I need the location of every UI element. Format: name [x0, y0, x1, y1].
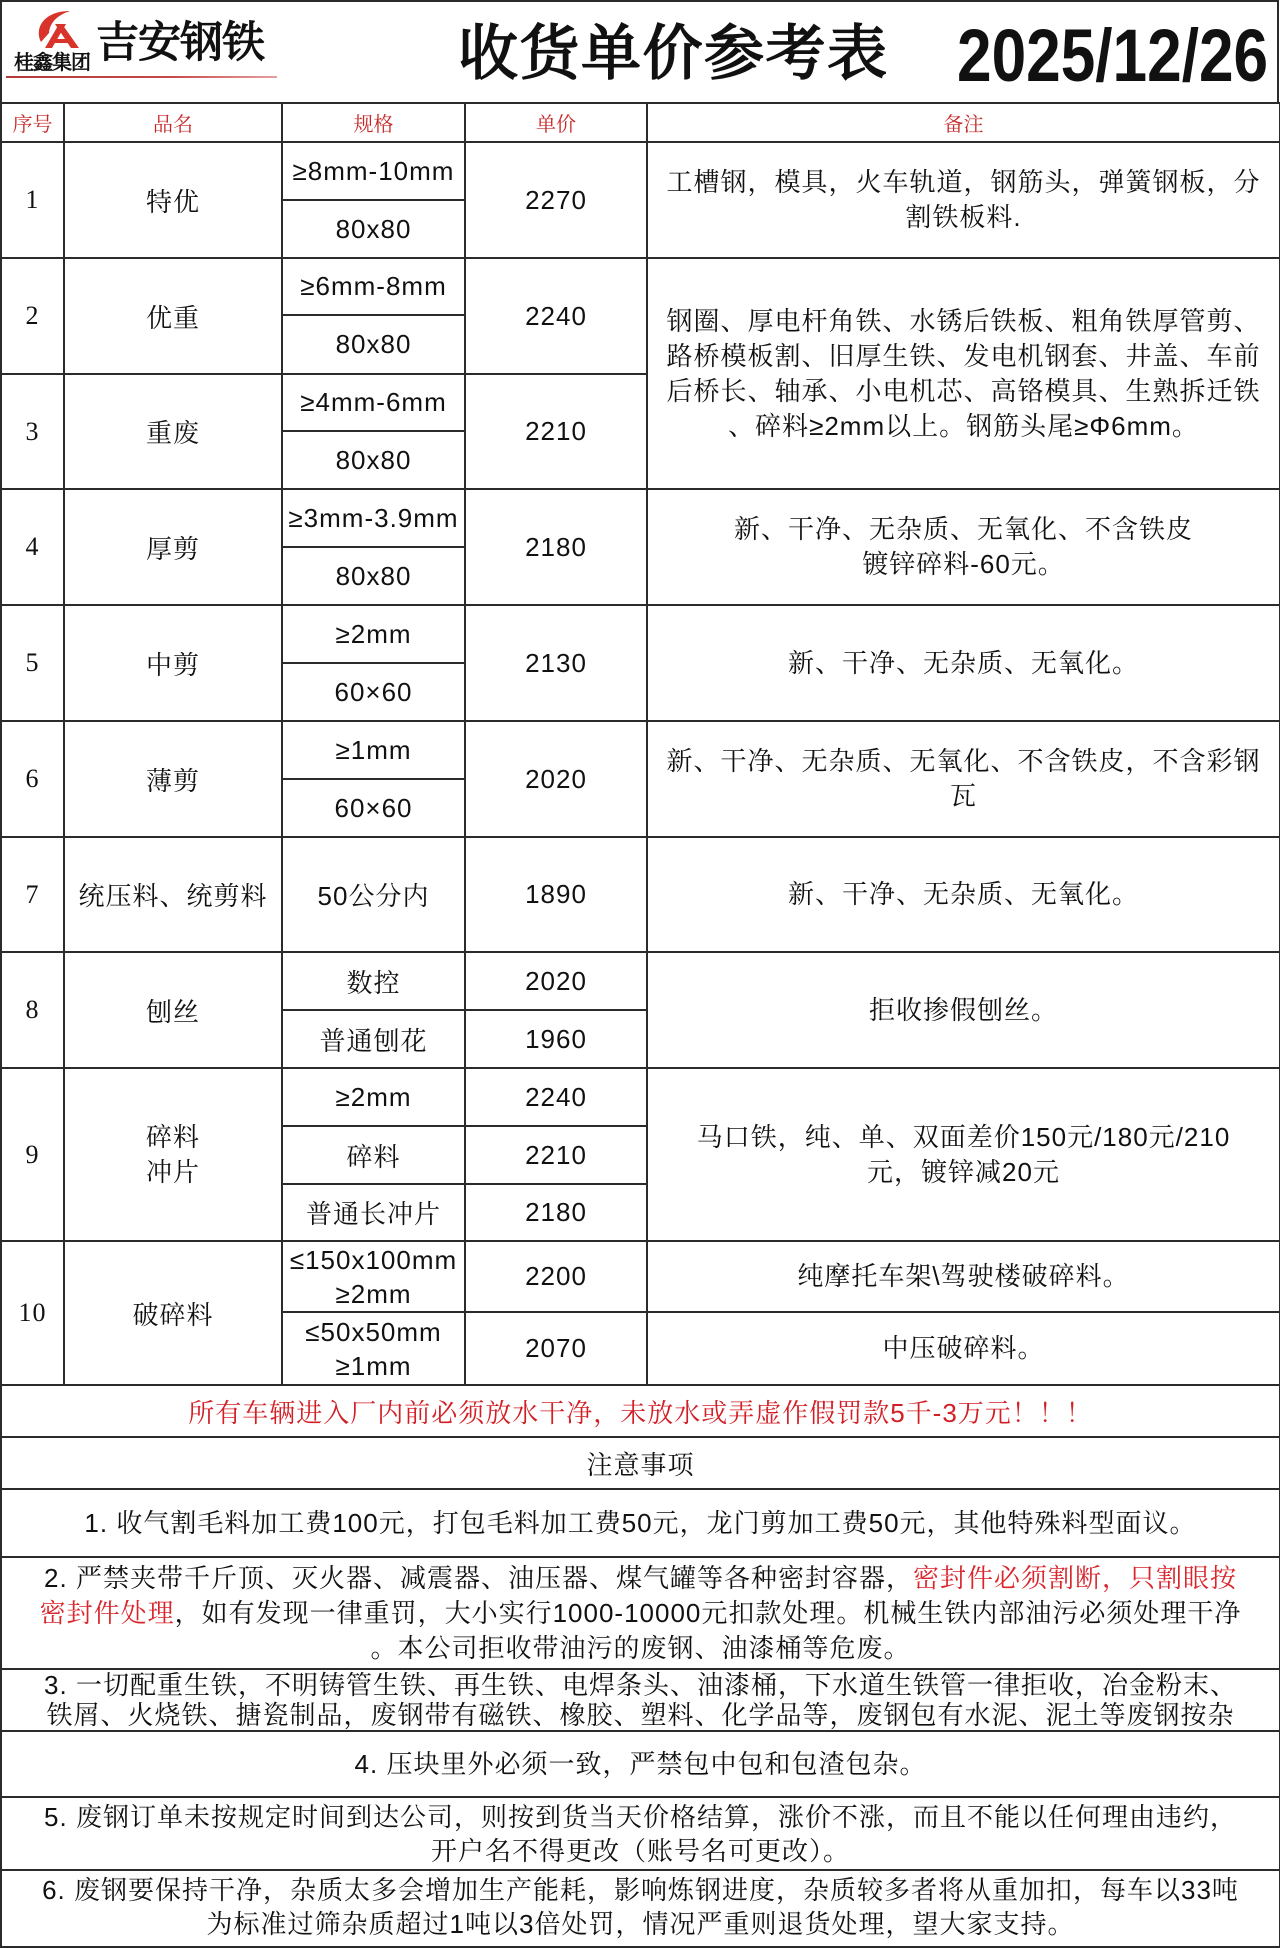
row-no: 6	[1, 721, 64, 837]
unit-price: 2180	[465, 489, 647, 605]
spec: ≥3mm-3.9mm	[282, 489, 465, 547]
note-text: 4. 压块里外必须一致，严禁包中包和包渣包杂。	[355, 1749, 927, 1779]
row-no: 2	[1, 258, 64, 374]
note-text: 6. 废钢要保持干净，杂质太多会增加生产能耗，影响炼钢进度，杂质较多者将从重加扣…	[42, 1875, 1239, 1905]
spec: 数控	[282, 952, 465, 1010]
remark-line: 新、干净、无杂质、无氧化、不含铁皮	[648, 512, 1279, 547]
remark: 拒收掺假刨丝。	[647, 952, 1280, 1068]
remark-line: 拒收掺假刨丝。	[648, 993, 1279, 1028]
logo-mark-icon	[34, 8, 82, 50]
product-name: 特优	[64, 142, 282, 258]
row-no: 3	[1, 374, 64, 489]
spec: ≥2mm	[282, 1068, 465, 1126]
note-line: 开户名不得更改（账号名可更改）。	[2, 1834, 1279, 1868]
note-line: 为标准过筛杂质超过1吨以3倍处罚，情况严重则退货处理，望大家支持。	[2, 1907, 1279, 1941]
price-table: 序号 品名 规格 单价 备注 1 特优 ≥8mm-10mm 2270 工槽钢，模…	[0, 102, 1280, 1948]
logo-underline	[6, 76, 277, 78]
remark-line: 路桥模板割、旧厚生铁、发电机钢套、井盖、车前	[648, 339, 1279, 374]
unit-price: 2180	[465, 1184, 647, 1241]
note-text: 5. 废钢订单未按规定时间到达公司，则按到货当天价格结算，涨价不涨，而且不能以任…	[44, 1802, 1237, 1832]
spec-line: ≥1mm	[283, 1349, 464, 1383]
note-text: 。本公司拒收带油污的废钢、油漆桶等危废。	[370, 1633, 910, 1663]
page-title: 收货单价参考表	[458, 22, 889, 86]
remark-shared: 钢圈、厚电杆角铁、水锈后铁板、粗角铁厚管剪、 路桥模板割、旧厚生铁、发电机钢套、…	[647, 258, 1280, 489]
note-text: 铁屑、火烧铁、搪瓷制品，废钢带有磁铁、橡胶、塑料、化学品等，废钢包有水泥、泥土等…	[46, 1700, 1234, 1730]
spec: 碎料	[282, 1126, 465, 1184]
remark-line: 钢圈、厚电杆角铁、水锈后铁板、粗角铁厚管剪、	[648, 304, 1279, 339]
col-header-price: 单价	[465, 103, 647, 142]
product-name-line: 碎料	[65, 1120, 281, 1155]
table-row: 4 厚剪 ≥3mm-3.9mm 2180 新、干净、无杂质、无氧化、不含铁皮 镀…	[1, 489, 1280, 547]
row-no: 9	[1, 1068, 64, 1241]
note-text: 3. 一切配重生铁，不明铸管生铁、再生铁、电焊条头、油漆桶，下水道生铁管一律拒收…	[44, 1670, 1237, 1700]
remark-line: 新、干净、无杂质、无氧化。	[648, 646, 1279, 681]
unit-price: 2130	[465, 605, 647, 721]
page-date: 2025/12/26	[957, 19, 1268, 93]
remark-line: 工槽钢，模具，火车轨道，钢筋头，弹簧钢板，分	[648, 165, 1279, 200]
note-item-1: 1. 收气割毛料加工费100元，打包毛料加工费50元，龙门剪加工费50元，其他特…	[1, 1489, 1280, 1557]
note-line: 铁屑、火烧铁、搪瓷制品，废钢带有磁铁、橡胶、塑料、化学品等，废钢包有水泥、泥土等…	[2, 1700, 1279, 1730]
spec: 普通长冲片	[282, 1184, 465, 1241]
notes-title-row: 注意事项	[1, 1437, 1280, 1489]
remark-line: 新、干净、无杂质、无氧化、不含铁皮，不含彩钢	[648, 744, 1279, 779]
brand-group-name: 桂鑫集团	[14, 51, 90, 75]
unit-price: 1890	[465, 837, 647, 952]
row-no: 10	[1, 1241, 64, 1385]
unit-price: 2240	[465, 1068, 647, 1126]
remark: 新、干净、无杂质、无氧化。	[647, 837, 1280, 952]
table-header-row: 序号 品名 规格 单价 备注	[1, 103, 1280, 142]
unit-price: 2070	[465, 1312, 647, 1385]
row-no: 4	[1, 489, 64, 605]
remark: 纯摩托车架\驾驶楼破碎料。	[647, 1241, 1280, 1312]
note-line: 3. 一切配重生铁，不明铸管生铁、再生铁、电焊条头、油漆桶，下水道生铁管一律拒收…	[2, 1670, 1279, 1700]
spec: ≤150x100mm ≥2mm	[282, 1241, 465, 1312]
product-name: 重废	[64, 374, 282, 489]
product-name: 优重	[64, 258, 282, 374]
col-header-name: 品名	[64, 103, 282, 142]
note-text: 1. 收气割毛料加工费100元，打包毛料加工费50元，龙门剪加工费50元，其他特…	[84, 1508, 1196, 1538]
unit-price: 1960	[465, 1010, 647, 1068]
remark-line: 后桥长、轴承、小电机芯、高铬模具、生熟拆迁铁	[648, 374, 1279, 409]
note-item-4: 4. 压块里外必须一致，严禁包中包和包渣包杂。	[1, 1731, 1280, 1797]
note-text: 2. 严禁夹带千斤顶、灭火器、减震器、油压器、煤气罐等各种密封容器，	[44, 1563, 913, 1593]
note-row: 5. 废钢订单未按规定时间到达公司，则按到货当天价格结算，涨价不涨，而且不能以任…	[1, 1797, 1280, 1870]
spec: 80x80	[282, 547, 465, 605]
remark: 新、干净、无杂质、无氧化、不含铁皮 镀锌碎料-60元。	[647, 489, 1280, 605]
col-header-remark: 备注	[647, 103, 1280, 142]
spec: ≥8mm-10mm	[282, 142, 465, 200]
product-name: 厚剪	[64, 489, 282, 605]
note-text: 为标准过筛杂质超过1吨以3倍处罚，情况严重则退货处理，望大家支持。	[207, 1909, 1075, 1939]
col-header-no: 序号	[1, 103, 64, 142]
note-item-2: 2. 严禁夹带千斤顶、灭火器、减震器、油压器、煤气罐等各种密封容器，密封件必须割…	[1, 1557, 1280, 1669]
table-row: 10 破碎料 ≤150x100mm ≥2mm 2200 纯摩托车架\驾驶楼破碎料…	[1, 1241, 1280, 1312]
spec: 普通刨花	[282, 1010, 465, 1068]
remark-line: 、碎料≥2mm以上。钢筋头尾≥Φ6mm。	[648, 409, 1279, 444]
note-item-6: 6. 废钢要保持干净，杂质太多会增加生产能耗，影响炼钢进度，杂质较多者将从重加扣…	[1, 1870, 1280, 1947]
table-row: 9 碎料 冲片 ≥2mm 2240 马口铁，纯、单、双面差价150元/180元/…	[1, 1068, 1280, 1126]
spec: ≥2mm	[282, 605, 465, 663]
note-row: 4. 压块里外必须一致，严禁包中包和包渣包杂。	[1, 1731, 1280, 1797]
brand-name: 吉安钢铁	[96, 19, 264, 67]
note-highlight-text: 密封件处理	[40, 1598, 175, 1628]
row-no: 8	[1, 952, 64, 1068]
spec-line: ≤50x50mm	[283, 1315, 464, 1349]
note-row: 3. 一切配重生铁，不明铸管生铁、再生铁、电焊条头、油漆桶，下水道生铁管一律拒收…	[1, 1669, 1280, 1731]
product-name-line: 冲片	[65, 1155, 281, 1190]
note-line: 4. 压块里外必须一致，严禁包中包和包渣包杂。	[2, 1747, 1279, 1782]
remark: 中压破碎料。	[647, 1312, 1280, 1385]
note-text: ，如有发现一律重罚，大小实行1000-10000元扣款处理。机械生铁内部油污必须…	[175, 1598, 1242, 1628]
spec: 60×60	[282, 779, 465, 837]
remark-line: 新、干净、无杂质、无氧化。	[648, 877, 1279, 912]
unit-price: 2210	[465, 1126, 647, 1184]
unit-price: 2020	[465, 952, 647, 1010]
remark-line: 瓦	[648, 779, 1279, 814]
remark-line: 元，镀锌减20元	[648, 1155, 1279, 1190]
unit-price: 2240	[465, 258, 647, 374]
spec: 60×60	[282, 663, 465, 721]
price-sheet-page: 桂鑫集团 吉安钢铁 收货单价参考表 2025/12/26 序号 品名 规格 单价…	[0, 0, 1280, 1948]
spec: 80x80	[282, 200, 465, 258]
note-line: 1. 收气割毛料加工费100元，打包毛料加工费50元，龙门剪加工费50元，其他特…	[2, 1506, 1279, 1541]
remark: 马口铁，纯、单、双面差价150元/180元/210 元，镀锌减20元	[647, 1068, 1280, 1241]
table-row: 7 统压料、统剪料 50公分内 1890 新、干净、无杂质、无氧化。	[1, 837, 1280, 952]
row-no: 1	[1, 142, 64, 258]
table-row: 6 薄剪 ≥1mm 2020 新、干净、无杂质、无氧化、不含铁皮，不含彩钢 瓦	[1, 721, 1280, 779]
unit-price: 2210	[465, 374, 647, 489]
row-no: 7	[1, 837, 64, 952]
note-highlight-text: 密封件必须割断，只割眼按	[913, 1563, 1237, 1593]
remark-line: 割铁板料.	[648, 200, 1279, 235]
note-item-3: 3. 一切配重生铁，不明铸管生铁、再生铁、电焊条头、油漆桶，下水道生铁管一律拒收…	[1, 1669, 1280, 1731]
spec-line: ≥2mm	[283, 1277, 464, 1311]
notes-title: 注意事项	[1, 1437, 1280, 1489]
note-line: 5. 废钢订单未按规定时间到达公司，则按到货当天价格结算，涨价不涨，而且不能以任…	[2, 1800, 1279, 1834]
row-no: 5	[1, 605, 64, 721]
unit-price: 2200	[465, 1241, 647, 1312]
table-row: 2 优重 ≥6mm-8mm 2240 钢圈、厚电杆角铁、水锈后铁板、粗角铁厚管剪…	[1, 258, 1280, 315]
spec: ≥6mm-8mm	[282, 258, 465, 315]
remark: 新、干净、无杂质、无氧化、不含铁皮，不含彩钢 瓦	[647, 721, 1280, 837]
remark-line: 马口铁，纯、单、双面差价150元/180元/210	[648, 1120, 1279, 1155]
note-text: 开户名不得更改（账号名可更改）。	[431, 1836, 850, 1866]
spec: ≥4mm-6mm	[282, 374, 465, 431]
spec: ≥1mm	[282, 721, 465, 779]
unit-price: 2270	[465, 142, 647, 258]
note-row: 6. 废钢要保持干净，杂质太多会增加生产能耗，影响炼钢进度，杂质较多者将从重加扣…	[1, 1870, 1280, 1947]
spec: 80x80	[282, 315, 465, 374]
product-name: 破碎料	[64, 1241, 282, 1385]
note-row: 2. 严禁夹带千斤顶、灭火器、减震器、油压器、煤气罐等各种密封容器，密封件必须割…	[1, 1557, 1280, 1669]
warning-notice: 所有车辆进入厂内前必须放水干净，未放水或弄虚作假罚款5千-3万元！！！	[1, 1385, 1280, 1437]
spec: 50公分内	[282, 837, 465, 952]
note-item-5: 5. 废钢订单未按规定时间到达公司，则按到货当天价格结算，涨价不涨，而且不能以任…	[1, 1797, 1280, 1870]
product-name: 薄剪	[64, 721, 282, 837]
product-name: 刨丝	[64, 952, 282, 1068]
remark-line: 镀锌碎料-60元。	[648, 547, 1279, 582]
col-header-spec: 规格	[282, 103, 465, 142]
spec-line: ≤150x100mm	[283, 1243, 464, 1277]
note-line: 密封件处理，如有发现一律重罚，大小实行1000-10000元扣款处理。机械生铁内…	[2, 1596, 1279, 1631]
note-line: 2. 严禁夹带千斤顶、灭火器、减震器、油压器、煤气罐等各种密封容器，密封件必须割…	[2, 1561, 1279, 1596]
remark: 新、干净、无杂质、无氧化。	[647, 605, 1280, 721]
spec: ≤50x50mm ≥1mm	[282, 1312, 465, 1385]
product-name: 中剪	[64, 605, 282, 721]
spec: 80x80	[282, 431, 465, 489]
remark: 工槽钢，模具，火车轨道，钢筋头，弹簧钢板，分 割铁板料.	[647, 142, 1280, 258]
notice-row: 所有车辆进入厂内前必须放水干净，未放水或弄虚作假罚款5千-3万元！！！	[1, 1385, 1280, 1437]
unit-price: 2020	[465, 721, 647, 837]
product-name: 碎料 冲片	[64, 1068, 282, 1241]
table-row: 1 特优 ≥8mm-10mm 2270 工槽钢，模具，火车轨道，钢筋头，弹簧钢板…	[1, 142, 1280, 200]
note-row: 1. 收气割毛料加工费100元，打包毛料加工费50元，龙门剪加工费50元，其他特…	[1, 1489, 1280, 1557]
table-row: 5 中剪 ≥2mm 2130 新、干净、无杂质、无氧化。	[1, 605, 1280, 663]
product-name: 统压料、统剪料	[64, 837, 282, 952]
note-line: 。本公司拒收带油污的废钢、油漆桶等危废。	[2, 1631, 1279, 1666]
table-row: 8 刨丝 数控 2020 拒收掺假刨丝。	[1, 952, 1280, 1010]
note-line: 6. 废钢要保持干净，杂质太多会增加生产能耗，影响炼钢进度，杂质较多者将从重加扣…	[2, 1873, 1279, 1907]
